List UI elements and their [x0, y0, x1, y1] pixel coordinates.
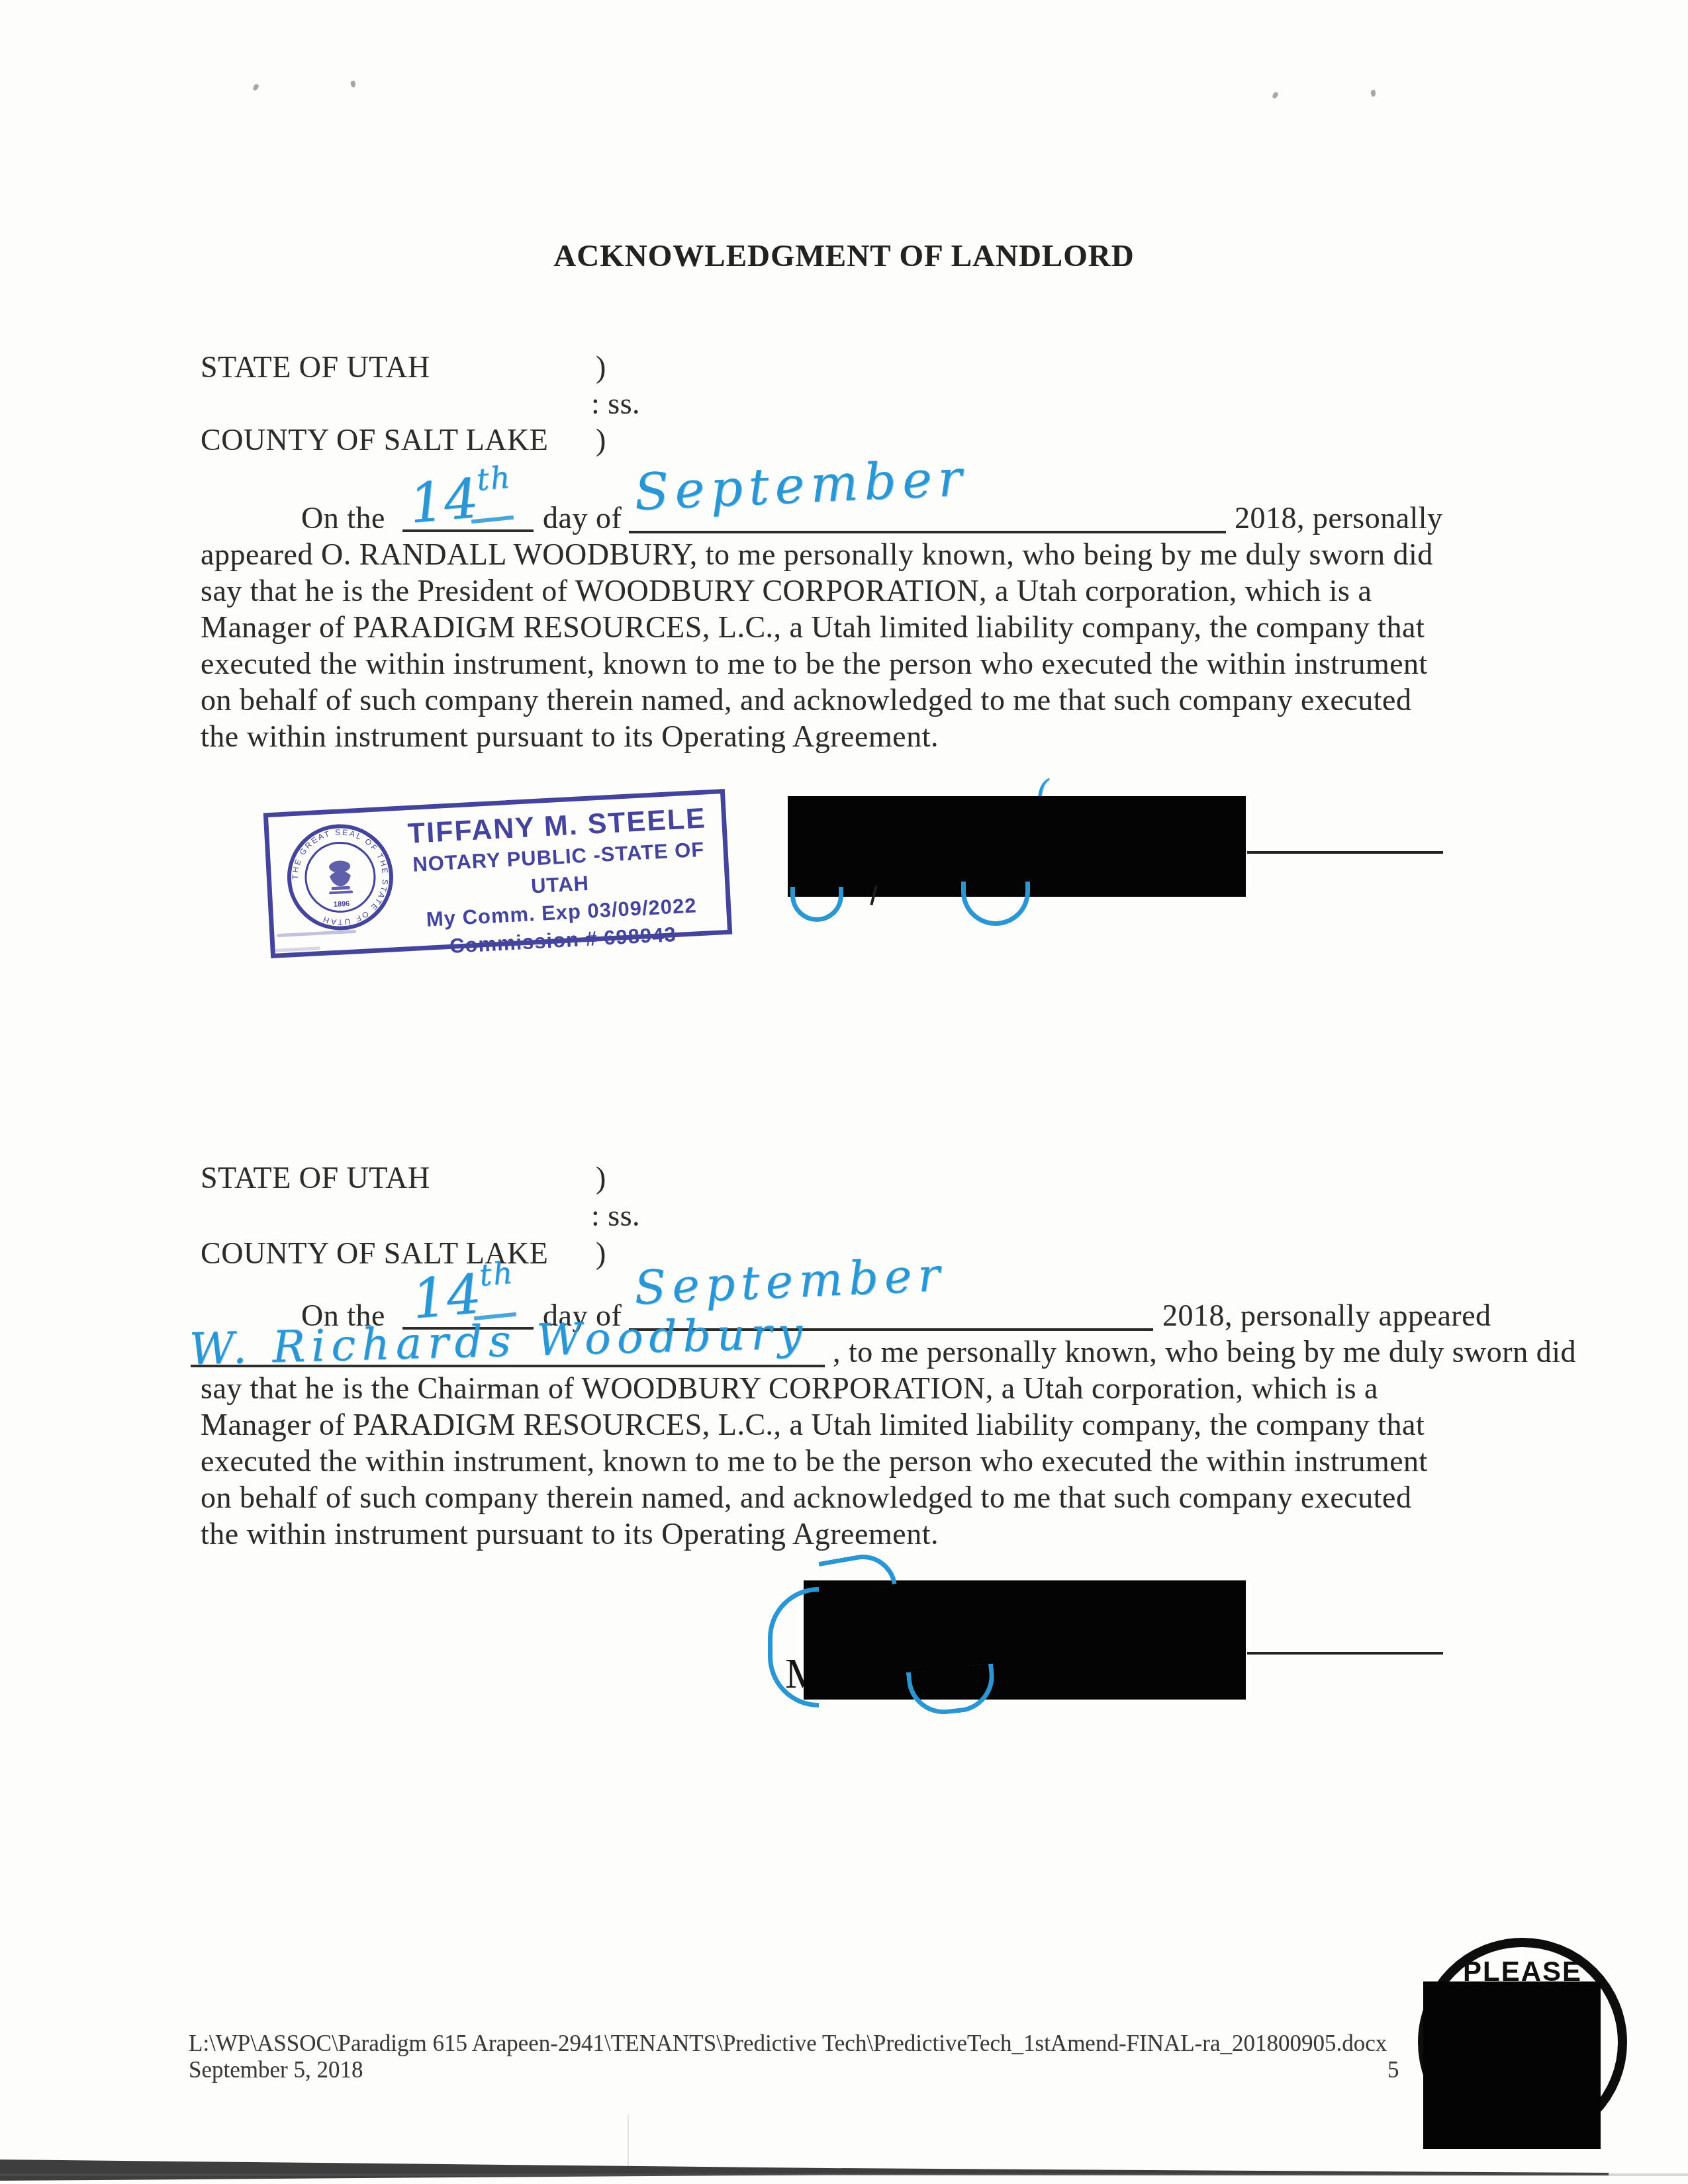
- signature2-ink-curl-bottom: [906, 1663, 998, 1717]
- signature1-line: [1247, 851, 1443, 854]
- footer-page-number: 5: [1387, 2057, 1399, 2083]
- footer-file-path: L:\WP\ASSOC\Paradigm 615 Arapeen-2941\TE…: [189, 2030, 1387, 2057]
- utah-state-seal-icon: THE GREAT SEAL OF THE STATE OF UTAH 1896: [283, 820, 397, 934]
- notary-stamp: THE GREAT SEAL OF THE STATE OF UTAH 1896…: [263, 789, 733, 958]
- signature2-line: [1247, 1652, 1443, 1655]
- notary-stamp-text: TIFFANY M. STEELE NOTARY PUBLIC -STATE O…: [394, 800, 726, 962]
- ack1-handwritten-day: 14th: [406, 459, 516, 535]
- ack2-line1-post: 2018, personally appeared: [1162, 1297, 1491, 1334]
- ack1-month-blank-underline: [629, 531, 1226, 533]
- ack1-body-line: the within instrument pursuant to its Op…: [201, 718, 939, 754]
- venue1-county: COUNTY OF SALT LAKE: [201, 422, 548, 458]
- ack2-line2-post: , to me personally known, who being by m…: [833, 1334, 1576, 1370]
- signature1-ink-loop: [790, 887, 843, 922]
- ack1-body-line: say that he is the President of WOODBURY…: [201, 572, 1372, 609]
- signature1-ink-loop: [961, 882, 1030, 926]
- ack2-body-line: the within instrument pursuant to its Op…: [201, 1516, 939, 1552]
- ack1-handwritten-month: September: [633, 448, 969, 522]
- svg-text:1896: 1896: [334, 900, 350, 909]
- page-title: ACKNOWLEDGMENT OF LANDLORD: [0, 240, 1688, 273]
- footer-date: September 5, 2018: [189, 2057, 363, 2083]
- ack2-body-line: say that he is the Chairman of WOODBURY …: [201, 1370, 1378, 1406]
- redaction-box-signature2: [804, 1580, 1246, 1700]
- ack2-body-line: on behalf of such company therein named,…: [201, 1479, 1411, 1516]
- scan-speck: [1272, 91, 1279, 99]
- ack1-line1-mid: day of: [543, 500, 622, 536]
- ack1-line1-post: 2018, personally: [1235, 500, 1443, 536]
- ack1-body-line: Manager of PARADIGM RESOURCES, L.C., a U…: [201, 609, 1425, 645]
- scan-speck: [1370, 89, 1376, 97]
- scan-speck: [350, 80, 356, 87]
- ack2-body-line: Manager of PARADIGM RESOURCES, L.C., a U…: [201, 1406, 1425, 1443]
- redaction-box-corner-stamp: [1423, 1981, 1601, 2149]
- ack2-handwritten-month: September: [633, 1248, 947, 1315]
- ack2-signer-blank-underline: [191, 1365, 825, 1367]
- scan-speck: [252, 83, 259, 91]
- scan-edge-artifact: [0, 2154, 1688, 2184]
- venue1-state: STATE OF UTAH: [201, 349, 430, 385]
- ack2-body-line: executed the within instrument, known to…: [201, 1443, 1428, 1479]
- venue1-paren-bottom: ): [596, 422, 606, 458]
- venue2-paren-bottom: ): [596, 1235, 606, 1271]
- venue2-paren-top: ): [596, 1160, 606, 1196]
- venue2-ss-label: : ss.: [591, 1197, 640, 1234]
- signature2-ink-curve-left: [768, 1587, 819, 1707]
- ack1-body-line: executed the within instrument, known to…: [201, 645, 1428, 682]
- scanned-document-page: ACKNOWLEDGMENT OF LANDLORD STATE OF UTAH…: [0, 0, 1688, 2184]
- ack1-body-line: on behalf of such company therein named,…: [201, 682, 1411, 718]
- ack1-body-line: appeared O. RANDALL WOODBURY, to me pers…: [201, 536, 1433, 572]
- venue1-paren-top: ): [596, 349, 606, 385]
- venue1-ss-label: : ss.: [591, 385, 640, 422]
- venue2-state: STATE OF UTAH: [201, 1160, 430, 1196]
- ack1-line1-pre: On the: [301, 500, 385, 536]
- seal-emblem: [328, 860, 353, 895]
